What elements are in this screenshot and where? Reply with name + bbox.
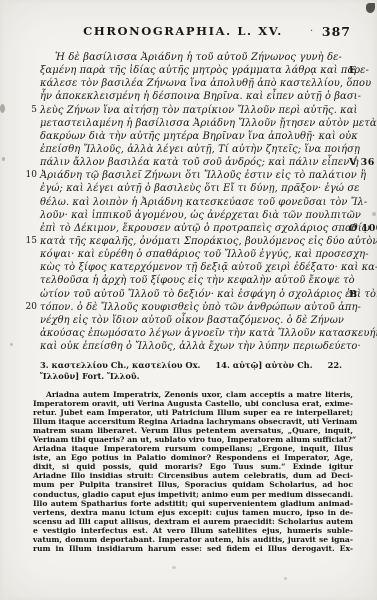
critical-apparatus: 3. καστελλίου Ch., καστελίου Ox. 14. αὐτ… xyxy=(40,360,342,381)
latin-line-text: Illum itaque accersitum Regina Ariadna l… xyxy=(33,417,353,426)
latin-line-text: vertens, dextra manu ictum ejus excepit:… xyxy=(33,508,353,517)
latin-line: dixit, si quid possis, quid moraris? Ego… xyxy=(33,462,353,471)
latin-line: rum in Illum insidiarum harum esse: sed … xyxy=(33,544,353,553)
latin-line: Illo autem Spatharius forte adstitit; qu… xyxy=(33,499,353,508)
verse-line-number: 20 xyxy=(26,301,37,314)
header-separator-dot: · xyxy=(310,26,313,37)
greek-line: κὼς τὸ ξίφος κατερχόμενον τῇ δεξιᾷ αὐτοῦ… xyxy=(40,261,342,274)
latin-line: Ariadne Illo insidias struit: Circensibu… xyxy=(33,471,353,480)
latin-line-text: Illo autem Spatharius forte adstitit; qu… xyxy=(33,499,353,508)
greek-line-text: καὶ οὐκ ἐπείσθη ὁ Ἴλλοῦς, ἀλλὰ ἔχων τὴν … xyxy=(40,340,342,353)
latin-line-text: dixit, si quid possis, quid moraris? Ego… xyxy=(33,462,353,471)
apparatus-note-1: 3. καστελλίου Ch., καστελίου Ox. xyxy=(40,360,200,371)
scan-speck xyxy=(2,157,5,161)
latin-line: iste, an Ego potius in Palatio dominor? … xyxy=(33,453,353,462)
latin-line-text: matrem suam liberaret. Verum Illus peten… xyxy=(33,426,353,435)
greek-line: θέλω. καὶ λοιπὸν ἡ Ἀριάδνη κατεσκεύασε τ… xyxy=(40,196,342,209)
apparatus-note-3: 22. xyxy=(328,360,342,371)
margin-reference-note: B xyxy=(349,288,358,301)
greek-line-text: τελθοῦσα ἡ ἀρχὴ τοῦ ξίφους εἰς τὴν κεφαλ… xyxy=(40,274,342,287)
book-page: CHRONOGRAPHIA. L. XV. · 387 Ἡ δὲ βασίλισ… xyxy=(0,0,377,600)
greek-line-text: λεὺς Ζήνων ἵνα αἰτήσῃ τὸν πατρίκιον Ἴλλο… xyxy=(40,104,342,117)
latin-line-text: mum per Pulpita transiret Illus, Sporaci… xyxy=(33,480,353,489)
latin-line: mum per Pulpita transiret Illus, Sporaci… xyxy=(33,480,353,489)
greek-line: μεταστειλαμένη ἡ βασίλισσα Ἀριάδνη Ἴλλοῦ… xyxy=(40,117,342,130)
latin-line: scensu ad Illi caput allisus, dextram ei… xyxy=(33,517,353,526)
greek-line-text: κὼς τὸ ξίφος κατερχόμενον τῇ δεξιᾷ αὐτοῦ… xyxy=(40,261,342,274)
greek-line: ἐπὶ τὸ Δέκιμον, ἔκρουσεν αὐτῷ ὁ προτραπε… xyxy=(40,222,342,235)
latin-line: retur. Jubet eam Imperator, uti Patriciu… xyxy=(33,408,353,417)
greek-line-text: Ἡ δὲ βασίλισσα Ἀριάδνη ἡ τοῦ αὐτοῦ Ζήνων… xyxy=(40,51,342,64)
greek-line-text: ἐπείσθη Ἴλλοῦς, ἀλλὰ λέγει αὐτῇ, Τί αὐτὴ… xyxy=(40,143,342,156)
latin-line-text: rum in Illum insidiarum harum esse: sed … xyxy=(33,544,353,553)
greek-line: 20 τόπον. ὁ δὲ Ἴλλοῦς κουφισθεὶς ὑπὸ τῶν… xyxy=(40,301,342,314)
greek-line: κόψαι· καὶ εὑρέθη ὁ σπαθάριος τοῦ Ἴλλοῦ … xyxy=(40,248,342,261)
greek-line-text: ἀκούσας ἐπωμόσατο λέγων ἀγνοεῖν τὴν κατὰ… xyxy=(40,327,342,340)
greek-line: 15 κατὰ τῆς κεφαλῆς, ὀνόματι Σποράκιος, … xyxy=(40,235,342,248)
greek-line: ἀκούσας ἐπωμόσατο λέγων ἀγνοεῖν τὴν κατὰ… xyxy=(40,327,342,340)
header-title: CHRONOGRAPHIA. L. XV. xyxy=(58,24,308,38)
greek-line-text: κόψαι· καὶ εὑρέθη ὁ σπαθάριος τοῦ Ἴλλοῦ … xyxy=(40,248,342,261)
latin-line-text: Ariadna autem Imperatrix, Zenonis uxor, … xyxy=(33,390,353,399)
latin-line-text: retur. Jubet eam Imperator, uti Patriciu… xyxy=(33,408,353,417)
latin-line: Verinam tibi quaeris? an ut, sublato vir… xyxy=(33,435,353,444)
greek-line-text: ξαμένη παρὰ τῆς ἰδίας αὐτῆς μητρὸς γράμμ… xyxy=(40,64,342,77)
greek-line-text: ἐπὶ τὸ Δέκιμον, ἔκρουσεν αὐτῷ ὁ προτραπε… xyxy=(40,222,342,235)
latin-line: Illum itaque accersitum Regina Ariadna l… xyxy=(33,417,353,426)
latin-line: Ariadna autem Imperatrix, Zenonis uxor, … xyxy=(33,390,353,399)
greek-line: πάλιν ἄλλον βασιλέα κατὰ τοῦ σοῦ ἀνδρός;… xyxy=(40,156,342,169)
verse-line-number: 15 xyxy=(26,235,37,248)
latin-line-text: Ariadna itaque Imperatorem rursum compel… xyxy=(33,444,353,453)
latin-line: matrem suam liberaret. Verum Illus peten… xyxy=(33,426,353,435)
greek-line: 5 λεὺς Ζήνων ἵνα αἰτήσῃ τὸν πατρίκιον Ἴλ… xyxy=(40,104,342,117)
margin-reference-note: O 100 xyxy=(349,222,377,235)
greek-line-text: ὠτίον τοῦ αὐτοῦ Ἴλλοῦ τὸ δεξιόν· καὶ ἐσφ… xyxy=(40,288,342,301)
greek-line: Ἡ δὲ βασίλισσα Ἀριάδνη ἡ τοῦ αὐτοῦ Ζήνων… xyxy=(40,51,342,64)
running-header: CHRONOGRAPHIA. L. XV. · 387 xyxy=(0,24,377,42)
latin-line: Ariadna itaque Imperatorem rursum compel… xyxy=(33,444,353,453)
greek-line: ἐγώ; καὶ λέγει αὐτῇ ὁ βασιλεὺς ὅτι Εἴ τι… xyxy=(40,182,342,195)
greek-line: ἦν ἀποκεκλεισμένη ἡ δέσποινα Βηρῖνα. καὶ… xyxy=(40,90,342,103)
greek-line-text: τόπον. ὁ δὲ Ἴλλοῦς κουφισθεὶς ὑπὸ τῶν ἀν… xyxy=(40,301,342,314)
latin-line-text: conductus, gladio caput ejus impetivit; … xyxy=(33,490,353,499)
greek-text-block: Ἡ δὲ βασίλισσα Ἀριάδνη ἡ τοῦ αὐτοῦ Ζήνων… xyxy=(40,51,342,353)
greek-line-text: νέχθη εἰς τὸν ἴδιον αὐτοῦ οἶκον βασταζόμ… xyxy=(40,314,342,327)
greek-line-text: ἐγώ; καὶ λέγει αὐτῇ ὁ βασιλεὺς ὅτι Εἴ τι… xyxy=(40,182,342,195)
greek-line-text: δακρύων διὰ τὴν αὐτῆς μητέρα Βηρῖναν ἵνα… xyxy=(40,130,342,143)
apparatus-line-2: Ἴλλοῦν] Fort. Ἴλλοῦ. xyxy=(40,371,342,382)
verse-line-number: 10 xyxy=(26,169,37,182)
greek-line-text: κάλεσε τὸν βασιλέα Ζήνωνα ἵνα ἀπολυθῇ ἀπ… xyxy=(40,77,342,90)
latin-line-text: scensu ad Illi caput allisus, dextram ei… xyxy=(33,517,353,526)
latin-line: vertens, dextra manu ictum ejus excepit:… xyxy=(33,508,353,517)
greek-line-text: λοῦν· καὶ ἱππικοῦ ἀγομένου, ὡς ἀνέρχεται… xyxy=(40,209,342,222)
margin-reference-note: E xyxy=(349,64,357,77)
page-number: 387 xyxy=(322,24,351,39)
greek-line: ἐπείσθη Ἴλλοῦς, ἀλλὰ λέγει αὐτῇ, Τί αὐτὴ… xyxy=(40,143,342,156)
latin-line: vatum, domum deportabant. Imperator aute… xyxy=(33,535,353,544)
latin-line-text: iste, an Ego potius in Palatio dominor? … xyxy=(33,453,353,462)
greek-line: ξαμένη παρὰ τῆς ἰδίας αὐτῆς μητρὸς γράμμ… xyxy=(40,64,342,77)
greek-line: καὶ οὐκ ἐπείσθη ὁ Ἴλλοῦς, ἀλλὰ ἔχων τὴν … xyxy=(40,340,342,353)
greek-line-text: πάλιν ἄλλον βασιλέα κατὰ τοῦ σοῦ ἀνδρός;… xyxy=(40,156,342,169)
margin-reference-note: V 36 xyxy=(349,156,375,169)
scan-speck xyxy=(10,343,13,346)
greek-line: κάλεσε τὸν βασιλέα Ζήνωνα ἵνα ἀπολυθῇ ἀπ… xyxy=(40,77,342,90)
greek-line: δακρύων διὰ τὴν αὐτῆς μητέρα Βηρῖναν ἵνα… xyxy=(40,130,342,143)
latin-line-text: Ariadne Illo insidias struit: Circensibu… xyxy=(33,471,353,480)
scan-speck xyxy=(172,566,176,569)
latin-line-text: Imperatorem oravit, uti Verina Augusta C… xyxy=(33,399,353,408)
apparatus-note-2: 14. αὐτῷ] αὐτὸν Ch. xyxy=(215,360,312,371)
scan-speck xyxy=(284,577,287,580)
latin-line-text: vatum, domum deportabant. Imperator aute… xyxy=(33,535,353,544)
greek-line: ὠτίον τοῦ αὐτοῦ Ἴλλοῦ τὸ δεξιόν· καὶ ἐσφ… xyxy=(40,288,342,301)
apparatus-line-1: 3. καστελλίου Ch., καστελίου Ox. 14. αὐτ… xyxy=(40,360,342,371)
greek-line: λοῦν· καὶ ἱππικοῦ ἀγομένου, ὡς ἀνέρχεται… xyxy=(40,209,342,222)
scan-ink-blot xyxy=(366,3,375,13)
greek-line-text: θέλω. καὶ λοιπὸν ἡ Ἀριάδνη κατεσκεύασε τ… xyxy=(40,196,342,209)
latin-line-text: Verinam tibi quaeris? an ut, sublato vir… xyxy=(33,435,353,444)
latin-translation-block: Ariadna autem Imperatrix, Zenonis uxor, … xyxy=(33,390,353,553)
latin-line: conductus, gladio caput ejus impetivit; … xyxy=(33,490,353,499)
latin-line-text: e vestigio interfectus est. At vero Illu… xyxy=(33,526,353,535)
verse-line-number: 5 xyxy=(31,104,37,117)
greek-line-text: κατὰ τῆς κεφαλῆς, ὀνόματι Σποράκιος, βου… xyxy=(40,235,342,248)
greek-line: τελθοῦσα ἡ ἀρχὴ τοῦ ξίφους εἰς τὴν κεφαλ… xyxy=(40,274,342,287)
scan-speck xyxy=(0,104,5,113)
greek-line-text: ἦν ἀποκεκλεισμένη ἡ δέσποινα Βηρῖνα. καὶ… xyxy=(40,90,342,103)
scan-speck xyxy=(372,212,376,216)
latin-line: e vestigio interfectus est. At vero Illu… xyxy=(33,526,353,535)
greek-line-text: Ἀριάδνη τῷ βασιλεῖ Ζήνωνι ὅτι Ἴλλοῦς ἐστ… xyxy=(40,169,342,182)
greek-line: νέχθη εἰς τὸν ἴδιον αὐτοῦ οἶκον βασταζόμ… xyxy=(40,314,342,327)
greek-line: 10 Ἀριάδνη τῷ βασιλεῖ Ζήνωνι ὅτι Ἴλλοῦς … xyxy=(40,169,342,182)
latin-line: Imperatorem oravit, uti Verina Augusta C… xyxy=(33,399,353,408)
greek-line-text: μεταστειλαμένη ἡ βασίλισσα Ἀριάδνη Ἴλλοῦ… xyxy=(40,117,342,130)
